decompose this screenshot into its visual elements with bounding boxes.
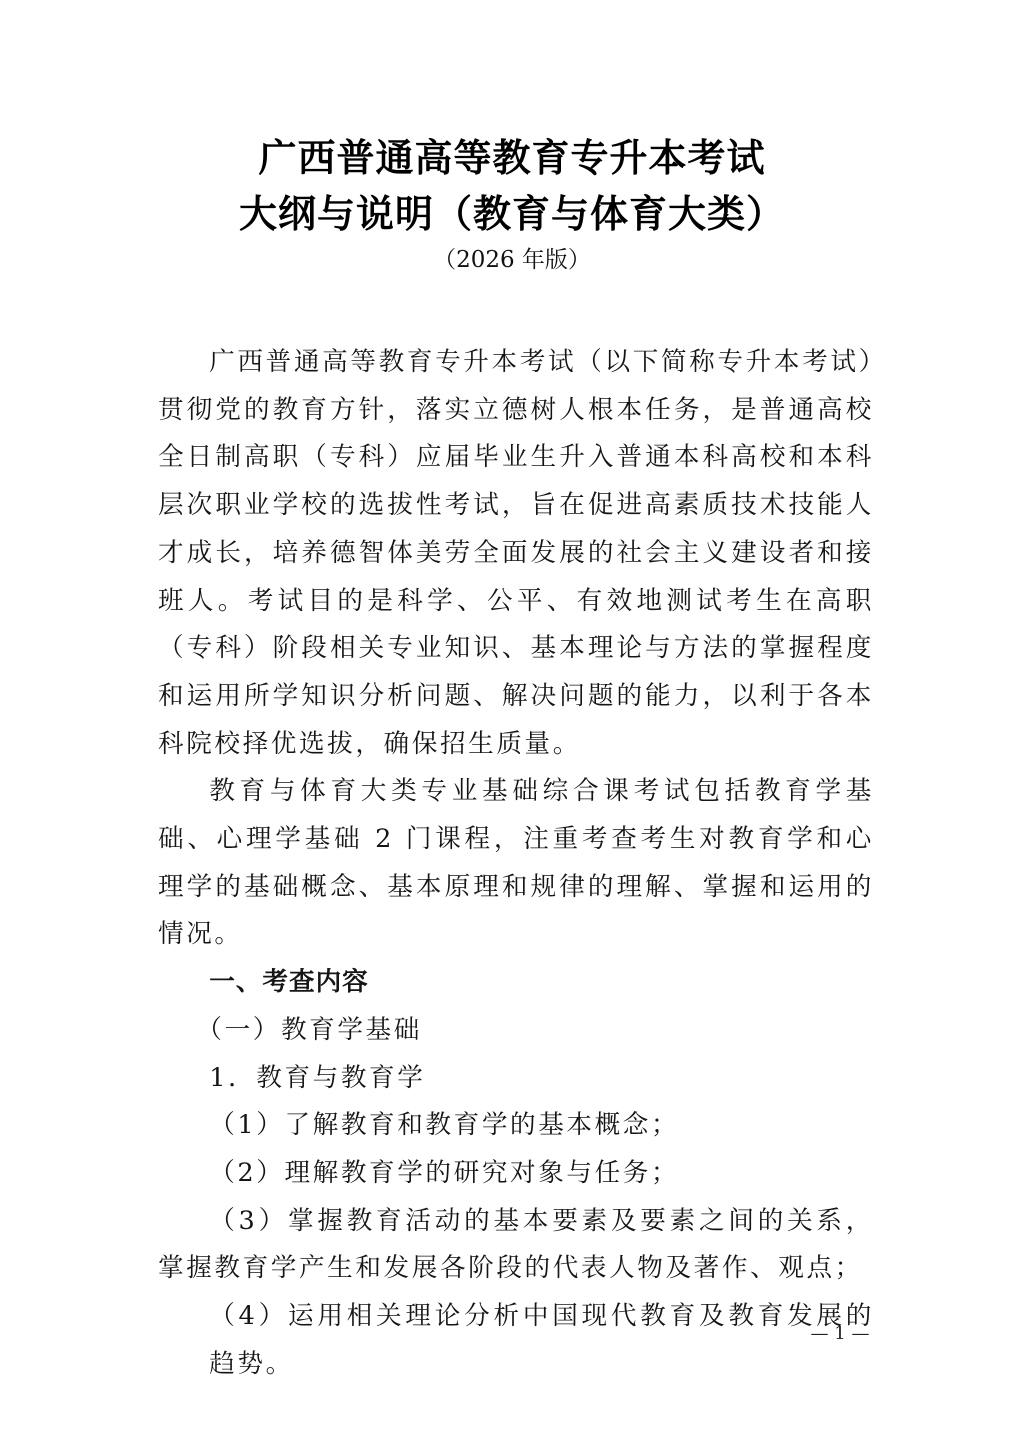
page-number: — 1 —: [790, 1322, 890, 1346]
document-body: 广西普通高等教育专升本考试（以下简称专升本考试）贯彻党的教育方针，落实立德树人根…: [158, 339, 874, 1388]
list-item: （3）掌握教育活动的基本要素及要素之间的关系，掌握教育学产生和发展各阶段的代表人…: [158, 1198, 874, 1293]
list-item: （1）了解教育和教育学的基本概念；: [158, 1102, 874, 1150]
document-page: 广西普通高等教育专升本考试 大纲与说明（教育与体育大类） （2026 年版） 广…: [0, 0, 1024, 1447]
subsection-heading: （一）教育学基础: [158, 1007, 874, 1055]
chapter-heading: 1．教育与教育学: [158, 1055, 874, 1103]
intro-paragraph: 广西普通高等教育专升本考试（以下简称专升本考试）贯彻党的教育方针，落实立德树人根…: [158, 339, 874, 768]
list-item: （2）理解教育学的研究对象与任务；: [158, 1150, 874, 1198]
document-title-line2: 大纲与说明（教育与体育大类）: [0, 190, 1024, 238]
edition-label: （2026 年版）: [0, 243, 1024, 277]
list-item: （4）运用相关理论分析中国现代教育及教育发展的趋势。: [158, 1293, 874, 1388]
document-title-line1: 广西普通高等教育专升本考试: [0, 134, 1024, 182]
section-heading: 一、考查内容: [158, 959, 874, 1007]
course-paragraph: 教育与体育大类专业基础综合课考试包括教育学基础、心理学基础 2 门课程，注重考查…: [158, 768, 874, 959]
